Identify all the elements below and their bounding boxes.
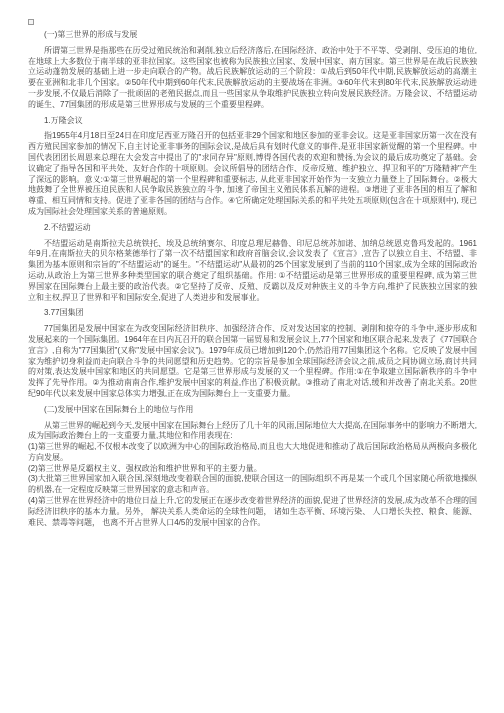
- section-5-intro-paragraph: 从第三世界的崛起到今天,发展中国家在国际舞台上经历了几十年的风雨,国际地位大大提…: [28, 421, 477, 443]
- section-non-aligned-movement: 2.不结盟运动 不结盟运动是南斯拉夫总统铁托、埃及总统纳赛尔、印度总理尼赫鲁、印…: [28, 223, 477, 304]
- document-page: (一)第三世界的形成与发展 所谓第三世界是指那些在历受过殖民统治和剥削,独立后经…: [0, 0, 504, 528]
- section-3-heading: 2.不结盟运动: [28, 223, 477, 234]
- section-5-item-2: (2)第三世界是反霸权主义、强权政治和维护世界和平的主要力量。: [28, 464, 477, 475]
- section-5-item-3: (3)大批第三世界国家加入联合国,深刻地改变着联合国的面貌,使联合国这一的国际组…: [28, 474, 477, 496]
- section-third-world-formation: (一)第三世界的形成与发展 所谓第三世界是指那些在历受过殖民统治和剥削,独立后经…: [28, 30, 477, 111]
- section-5-heading: (二)发展中国家在国际舞台上的地位与作用: [28, 405, 477, 416]
- section-5-item-1: (1)第三世界的崛起,不仅根本改变了以欧洲为中心的国际政治格局,而且也大大地促进…: [28, 442, 477, 464]
- section-4-heading: 3.77国集团: [28, 308, 477, 319]
- section-1-heading: (一)第三世界的形成与发展: [28, 30, 477, 41]
- section-4-paragraph: 77国集团是发展中国家在为改变国际经济旧秩序、加强经济合作、反对发达国家的控制、…: [28, 324, 477, 400]
- section-developing-countries-role: (二)发展中国家在国际舞台上的地位与作用 从第三世界的崛起到今天,发展中国家在国…: [28, 405, 477, 529]
- section-group-of-77: 3.77国集团 77国集团是发展中国家在为改变国际经济旧秩序、加强经济合作、反对…: [28, 308, 477, 399]
- section-3-paragraph: 不结盟运动是南斯拉夫总统铁托、埃及总统纳赛尔、印度总理尼赫鲁、印尼总统苏加诺、加…: [28, 239, 477, 304]
- section-2-paragraph: 指1955年4月18日至24日在印度尼西亚万隆召开的包括亚非29个国家和地区参加…: [28, 131, 477, 217]
- broken-image-icon: [28, 19, 34, 25]
- section-5-item-4: (4)第三世界在世界经济中的地位日益上升,它的发展正在逐步改变着世界经济的面貌,…: [28, 496, 477, 528]
- section-2-heading: 1.万隆会议: [28, 116, 477, 127]
- section-1-paragraph: 所谓第三世界是指那些在历受过殖民统治和剥削,独立后经济落后,在国际经济、政治中处…: [28, 46, 477, 111]
- section-bandung-conference: 1.万隆会议 指1955年4月18日至24日在印度尼西亚万隆召开的包括亚非29个…: [28, 116, 477, 218]
